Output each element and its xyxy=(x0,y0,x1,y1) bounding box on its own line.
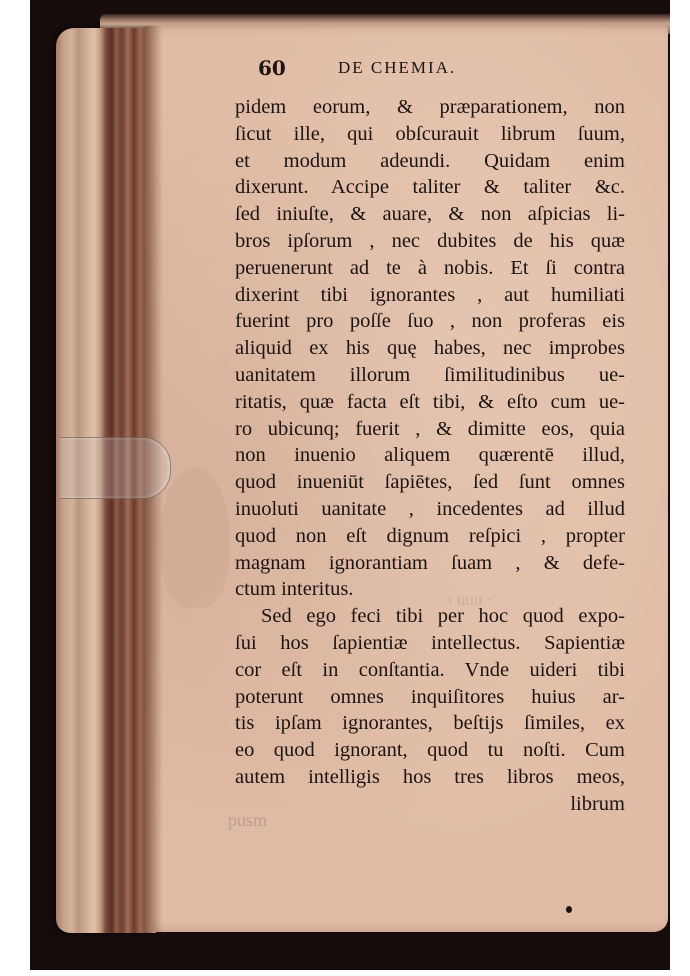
text-line: quod non eſt dignum reſpici , propter xyxy=(235,523,625,550)
text-line: fuerint pro poſſe ſuo , non proferas eis xyxy=(235,308,625,335)
text-line: ſui hos ſapientiæ intellectus. Sapientiæ xyxy=(235,630,625,657)
text-line: quod inueniūt ſapiētes, ſed ſunt omnes xyxy=(235,469,625,496)
text-line: ritatis, quæ facta eſt tibi, & eſto cum … xyxy=(235,389,625,416)
catchword: librum xyxy=(235,791,625,818)
body-text: pidem eorum, & præparationem, non ſicut … xyxy=(235,94,625,818)
text-line: aliquid ex his quę habes, nec improbes xyxy=(235,335,625,362)
page-clip xyxy=(60,437,171,499)
bleed-through-text: pusm xyxy=(228,810,267,831)
running-title: DE CHEMIA. xyxy=(338,58,456,78)
text-line: ſicut ille, qui obſcurauit librum ſuum, xyxy=(235,121,625,148)
text-line: magnam ignorantiam ſuam , & defe- xyxy=(235,550,625,577)
text-line: autem intelligis hos tres libros meos, xyxy=(235,764,625,791)
text-line: eo quod ignorant, quod tu noſti. Cum xyxy=(235,737,625,764)
text-line: inuoluti uanitate , incedentes ad illud xyxy=(235,496,625,523)
water-stain xyxy=(160,468,230,608)
text-line: pidem eorum, & præparationem, non xyxy=(235,94,625,121)
page-header: 60 DE CHEMIA. xyxy=(258,56,618,86)
text-line: et modum adeundi. Quidam enim xyxy=(235,148,625,175)
text-line: non inuenio aliquem quærentē illud, xyxy=(235,442,625,469)
text-line: ſed iniuſte, & auare, & non aſpicias li- xyxy=(235,201,625,228)
text-line: ctum interitus. xyxy=(235,576,625,603)
text-line: dixerunt. Accipe taliter & taliter &c. xyxy=(235,174,625,201)
text-line: ro ubicunq; fuerit , & dimitte eos, quia xyxy=(235,416,625,443)
text-line: dixerint tibi ignorantes , aut humiliati xyxy=(235,282,625,309)
paragraph-start-line: Sed ego feci tibi per hoc quod expo- xyxy=(235,603,625,630)
text-line: tis ipſam ignorantes, beſtijs ſimiles, e… xyxy=(235,710,625,737)
text-line: bros ipſorum , nec dubites de his quæ xyxy=(235,228,625,255)
right-margin-strip xyxy=(670,0,690,976)
page-number: 60 xyxy=(258,56,286,80)
ink-speck xyxy=(566,906,572,913)
text-line: peruenerunt ad te à nobis. Et ſi contra xyxy=(235,255,625,282)
text-line: cor eſt in conſtantia. Vnde uideri tibi xyxy=(235,657,625,684)
text-line: poterunt omnes inquiſitores huius ar- xyxy=(235,684,625,711)
text-line: uanitatem illorum ſimilitudinibus ue- xyxy=(235,362,625,389)
